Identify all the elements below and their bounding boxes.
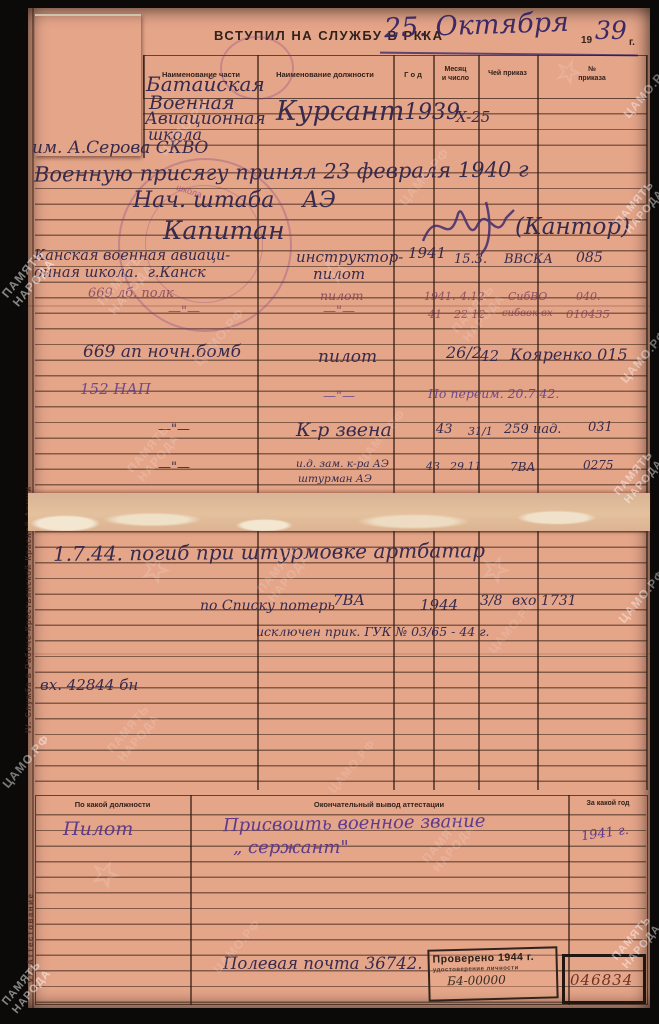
enlisted-date-handwritten: 25. Октября: [384, 7, 570, 44]
entry-order-by3: СибВО: [508, 290, 547, 303]
entry-death-note: 1.7.44. погиб при штурмовке артбатар: [53, 538, 485, 566]
entry-position1: Курсант: [276, 96, 404, 127]
entry-oath-role: Нач. штаба АЭ: [133, 188, 336, 213]
portrait-photo: [35, 14, 141, 156]
entry-unit8: —"—: [158, 460, 190, 475]
registration-number: 046834: [570, 971, 633, 989]
document-paper: IV. Служба в Рабоче-Крестьянской Красной…: [28, 8, 650, 1008]
entry-order-no4: 010435: [566, 307, 610, 321]
attestation-col-year: За какой год: [568, 800, 648, 809]
entry-unit7: —"—: [158, 422, 190, 437]
entry-loss-frac: 3/8: [480, 593, 503, 609]
entry-order-no8: 0275: [583, 458, 614, 472]
year-prefix-printed: 19: [581, 35, 592, 46]
entry-unit2-line1: Канская военная авиаци-: [34, 248, 230, 264]
entry-unit6: 152 НАП: [80, 380, 151, 398]
checked-stamp-number: Б4-00000: [447, 971, 553, 988]
checked-stamp-box: Проверено 1944 г. удостоверение личности…: [427, 946, 558, 1001]
entry-position6: —"—: [323, 389, 355, 404]
tear-damage-strip: [28, 493, 650, 531]
entry-month7: 31/1: [468, 425, 493, 438]
entry-position8-line1: и.д. зам. к-ра АЭ: [296, 458, 389, 470]
entry-order-by2: ВВСКА: [504, 252, 553, 267]
entry-order-by7: 259 иад.: [504, 422, 561, 437]
attestation-position-value: Пилот: [63, 818, 133, 840]
registration-number-box: 046834: [562, 954, 646, 1004]
entry-year3: 1941.: [424, 290, 456, 303]
entry-year5: 26/2: [446, 343, 482, 362]
checked-stamp-line1: Проверено 1944 г.: [432, 950, 552, 965]
entry-unit2-line2: онная школа. г.Канск: [34, 265, 206, 281]
entry-incoming-number: вх. 42844 бн: [40, 676, 138, 694]
entry-month2: 15.3.: [454, 252, 487, 267]
entry-position2-line1: инструктор-: [296, 248, 403, 266]
field-post-note: Полевая почта 36742.: [223, 954, 423, 973]
entry-month3: 4.12: [460, 290, 485, 303]
entry-unit5: 669 ап ночн.бомб: [83, 342, 241, 362]
entry-year4: 41: [428, 308, 442, 321]
year-suffix-printed: г.: [629, 37, 635, 48]
entry-month4: 22 12: [454, 308, 486, 321]
entry-order-by8: 7ВА: [510, 460, 536, 474]
entry-month8: 29.11: [450, 460, 482, 473]
entry-month1: X-25: [456, 108, 490, 126]
entry-order5: Кояренко 015: [510, 345, 628, 364]
entry-loss-list: по Списку потерь: [200, 598, 335, 614]
entry-position7: К-р звена: [296, 419, 392, 441]
entry-order-no7: 031: [588, 420, 613, 435]
entry-excluded-note: исключен прик. ГУК № 03/65 - 44 г.: [256, 624, 490, 639]
entry-note6: По переим. 20.7.42.: [428, 386, 559, 401]
entry-unit3: 669 лб. полк: [88, 286, 174, 301]
entry-order-by4: сибвок вх: [502, 308, 553, 319]
entry-unit4: —"—: [168, 304, 200, 319]
attestation-col-conclusion: Окончательный вывод аттестации: [190, 800, 568, 809]
attestation-conclusion-line2: „ сержант": [233, 837, 349, 858]
entry-year7: 43: [436, 422, 453, 437]
entry-unit1-line5: им. А.Серова СКВО: [32, 138, 208, 158]
entry-year2: 1941: [408, 244, 446, 262]
entry-loss-number: вхо 1731: [512, 593, 577, 609]
entry-year1: 1939: [404, 100, 460, 125]
entry-order-no3: 040.: [576, 290, 601, 303]
entry-position5: пилот: [318, 347, 377, 367]
entry-position4: —"—: [323, 304, 355, 319]
entry-month5: 42: [480, 347, 499, 365]
attestation-col-position: По какой должности: [35, 800, 190, 809]
entry-oath-name: (Кантор): [515, 214, 630, 240]
entry-oath-rank: Капитан: [163, 216, 285, 245]
scanned-document-page: { "watermarks": { "pamyat": "ПАМЯТЬ\nНАР…: [0, 0, 659, 1024]
entry-loss-unit: 7ВА: [333, 591, 365, 609]
entry-order-no2: 085: [576, 250, 603, 266]
entry-position2-line2: пилот: [313, 265, 365, 283]
entry-position3: пилот: [320, 288, 363, 303]
entry-loss-year: 1944: [420, 596, 458, 614]
entry-position8-line2: штурман АЭ: [298, 473, 372, 485]
year-handwritten: 39: [595, 16, 627, 45]
entry-year8: 43: [426, 460, 440, 473]
